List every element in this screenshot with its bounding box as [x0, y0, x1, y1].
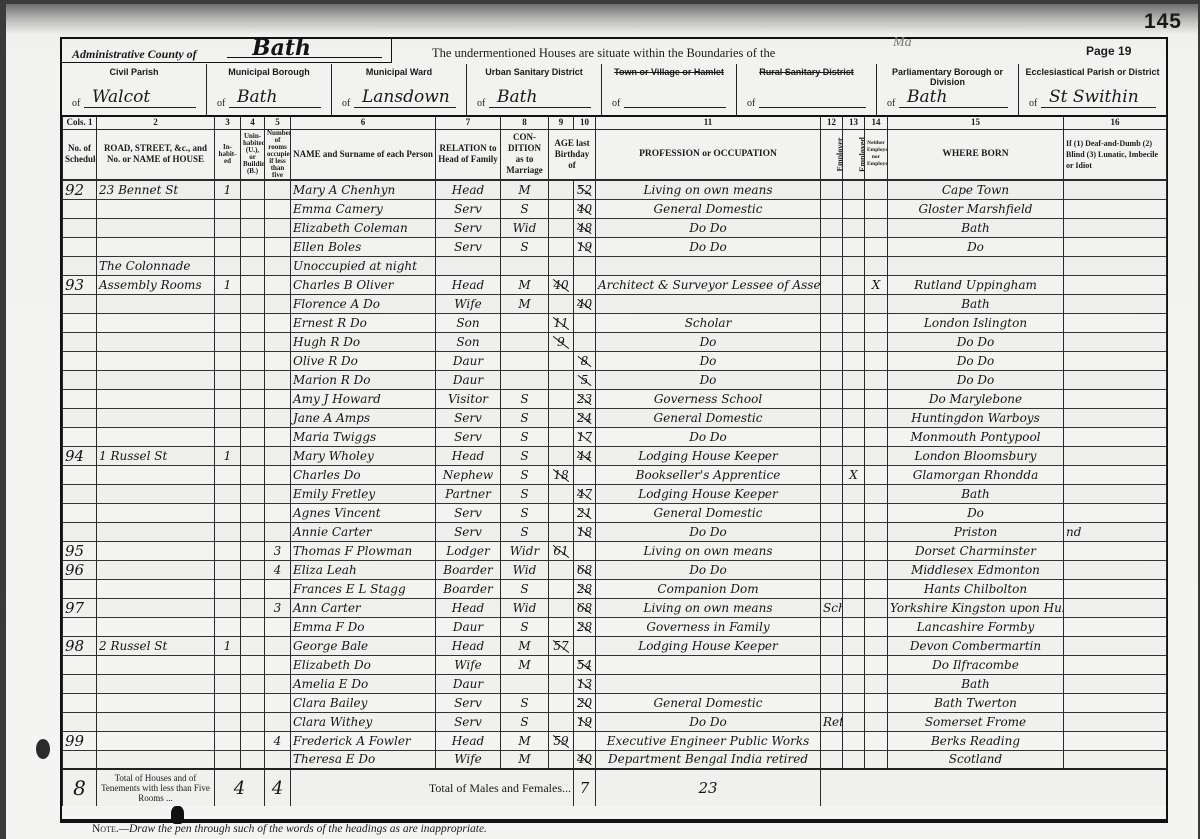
rooms — [265, 465, 291, 484]
table-row: Frances E L StaggBoarderS28Companion Dom… — [63, 579, 1167, 598]
rooms — [265, 332, 291, 351]
district-municipal-borough: Municipal BoroughofBath — [207, 64, 332, 115]
schedule-number — [63, 408, 97, 427]
male-age — [549, 693, 574, 712]
table-row: Charles DoNephewS18Bookseller's Apprenti… — [63, 465, 1167, 484]
schedule-number — [63, 655, 97, 674]
where-born: Do Do — [888, 332, 1064, 351]
where-born: Do Do — [888, 351, 1064, 370]
admin-county-label: Administrative County of — [72, 47, 197, 61]
column-number: 14 — [865, 116, 888, 129]
district-label: Municipal Borough — [207, 67, 331, 77]
where-born: Yorkshire Kingston upon Hull — [888, 598, 1064, 617]
folio-number: 145 — [1144, 10, 1182, 34]
employed — [843, 351, 865, 370]
employed — [843, 370, 865, 389]
male-age — [549, 351, 574, 370]
infirmity — [1064, 427, 1167, 446]
neither — [865, 655, 888, 674]
relation — [436, 256, 501, 275]
infirmity — [1064, 218, 1167, 237]
column-number: 10 — [574, 116, 596, 129]
uninhabited — [241, 351, 265, 370]
employer — [821, 180, 843, 200]
where-born: Lancashire Formby — [888, 617, 1064, 636]
uninhabited — [241, 693, 265, 712]
inhabited — [215, 256, 241, 275]
male-age — [549, 256, 574, 275]
person-name: Elizabeth Coleman — [291, 218, 436, 237]
punch-hole — [36, 739, 50, 759]
inhabited: 1 — [215, 275, 241, 294]
road-address — [97, 560, 215, 579]
employed — [843, 750, 865, 769]
where-born: Bath Twerton — [888, 693, 1064, 712]
employed — [843, 712, 865, 731]
header-employer: Employer — [821, 129, 843, 180]
male-age — [549, 655, 574, 674]
person-name: Ann Carter — [291, 598, 436, 617]
person-name: Florence A Do — [291, 294, 436, 313]
employer — [821, 446, 843, 465]
road-address — [97, 237, 215, 256]
uninhabited — [241, 750, 265, 769]
relation: Wife — [436, 294, 501, 313]
employed — [843, 655, 865, 674]
relation: Serv — [436, 693, 501, 712]
rooms — [265, 636, 291, 655]
relation: Boarder — [436, 560, 501, 579]
district-label: Municipal Ward — [332, 67, 466, 77]
boundaries-heading: The undermentioned Houses are situate wi… — [432, 46, 775, 61]
condition: S — [501, 199, 549, 218]
female-age: 23 — [574, 389, 596, 408]
occupation: Scholar — [596, 313, 821, 332]
neither — [865, 560, 888, 579]
road-address — [97, 313, 215, 332]
male-age: 57 — [549, 636, 574, 655]
neither — [865, 313, 888, 332]
header-employed: Employed — [843, 129, 865, 180]
page-shadow — [6, 4, 1198, 34]
infirmity — [1064, 351, 1167, 370]
infirmity — [1064, 180, 1167, 200]
neither — [865, 503, 888, 522]
person-name: Mary Wholey — [291, 446, 436, 465]
occupation: Do — [596, 351, 821, 370]
table-row: Olive R DoDaur8DoDo Do — [63, 351, 1167, 370]
employer — [821, 370, 843, 389]
district-value: Bath — [237, 87, 277, 107]
infirmity — [1064, 332, 1167, 351]
occupation: Companion Dom — [596, 579, 821, 598]
neither — [865, 237, 888, 256]
female-age — [574, 731, 596, 750]
condition: S — [501, 617, 549, 636]
condition: M — [501, 750, 549, 769]
relation: Visitor — [436, 389, 501, 408]
employer — [821, 332, 843, 351]
occupation: General Domestic — [596, 408, 821, 427]
where-born: Somerset Frome — [888, 712, 1064, 731]
schedule-number — [63, 389, 97, 408]
uninhabited — [241, 598, 265, 617]
person-name: Emily Fretley — [291, 484, 436, 503]
infirmity — [1064, 370, 1167, 389]
condition: S — [501, 237, 549, 256]
female-age: 17 — [574, 427, 596, 446]
inhabited — [215, 389, 241, 408]
person-name: Charles B Oliver — [291, 275, 436, 294]
rooms — [265, 617, 291, 636]
schedule-number — [63, 484, 97, 503]
column-number: 11 — [596, 116, 821, 129]
table-row: Maria TwiggsServS17Do DoMonmouth Pontypo… — [63, 427, 1167, 446]
employed — [843, 427, 865, 446]
table-row: Hugh R DoSon9DoDo Do — [63, 332, 1167, 351]
column-number: 2 — [97, 116, 215, 129]
male-age — [549, 750, 574, 769]
totals-row: 8 Total of Houses and of Tenements with … — [63, 769, 1167, 806]
inhabited — [215, 731, 241, 750]
header-condition: CON-DITION as to Marriage — [501, 129, 549, 180]
employer — [821, 427, 843, 446]
relation: Son — [436, 313, 501, 332]
female-age — [574, 332, 596, 351]
employed — [843, 484, 865, 503]
employer — [821, 218, 843, 237]
total-males: 7 — [574, 769, 596, 806]
inhabited — [215, 655, 241, 674]
female-age: 20 — [574, 693, 596, 712]
female-age: 28 — [574, 579, 596, 598]
employer — [821, 731, 843, 750]
person-name: Marion R Do — [291, 370, 436, 389]
employer — [821, 199, 843, 218]
inhabited — [215, 579, 241, 598]
column-number: 6 — [291, 116, 436, 129]
employer — [821, 579, 843, 598]
person-name: Theresa E Do — [291, 750, 436, 769]
where-born: Devon Combermartin — [888, 636, 1064, 655]
rooms: 3 — [265, 541, 291, 560]
rooms — [265, 655, 291, 674]
table-row: Jane A AmpsServS24General DomesticHuntin… — [63, 408, 1167, 427]
inhabited — [215, 503, 241, 522]
header-where-born: WHERE BORN — [888, 129, 1064, 180]
inhabited: 1 — [215, 446, 241, 465]
neither — [865, 408, 888, 427]
occupation: Governess School — [596, 389, 821, 408]
male-age — [549, 522, 574, 541]
person-name: Mary A Chenhyn — [291, 180, 436, 200]
inhabited — [215, 465, 241, 484]
infirmity — [1064, 294, 1167, 313]
of-prefix: of — [217, 98, 225, 109]
employer — [821, 294, 843, 313]
table-row: 973Ann CarterHeadWid68Living on own mean… — [63, 598, 1167, 617]
infirmity: nd — [1064, 522, 1167, 541]
condition: Wid — [501, 218, 549, 237]
relation: Serv — [436, 712, 501, 731]
female-age: 68 — [574, 598, 596, 617]
employer — [821, 256, 843, 275]
person-name: Eliza Leah — [291, 560, 436, 579]
infirmity — [1064, 484, 1167, 503]
table-row: Clara BaileyServS20General DomesticBath … — [63, 693, 1167, 712]
neither — [865, 389, 888, 408]
column-number: Cols. 1 — [63, 116, 97, 129]
male-age — [549, 218, 574, 237]
occupation: General Domestic — [596, 199, 821, 218]
table-row: Annie CarterServS18Do DoPristonnd — [63, 522, 1167, 541]
person-name: Agnes Vincent — [291, 503, 436, 522]
where-born: Do Marylebone — [888, 389, 1064, 408]
footnote: Note.—Draw the pen through such of the w… — [92, 823, 487, 835]
infirmity — [1064, 408, 1167, 427]
rooms — [265, 237, 291, 256]
rooms — [265, 446, 291, 465]
district-label: Ecclesiastical Parish or District — [1019, 67, 1166, 77]
person-name: Ellen Boles — [291, 237, 436, 256]
road-address — [97, 674, 215, 693]
table-row: Agnes VincentServS21General DomesticDo — [63, 503, 1167, 522]
rooms — [265, 256, 291, 275]
where-born: Do — [888, 503, 1064, 522]
male-age — [549, 674, 574, 693]
employer — [821, 750, 843, 769]
relation: Serv — [436, 522, 501, 541]
relation: Serv — [436, 408, 501, 427]
table-row: 994Frederick A FowlerHeadM59Executive En… — [63, 731, 1167, 750]
occupation — [596, 294, 821, 313]
relation: Serv — [436, 218, 501, 237]
rooms — [265, 522, 291, 541]
employed — [843, 408, 865, 427]
condition: S — [501, 446, 549, 465]
neither — [865, 351, 888, 370]
male-age: 18 — [549, 465, 574, 484]
person-name: Unoccupied at night — [291, 256, 436, 275]
employed — [843, 560, 865, 579]
where-born: Gloster Marshfield — [888, 199, 1064, 218]
district-parliamentary-borough-or-division: Parliamentary Borough or DivisionofBath — [877, 64, 1019, 115]
table-row: Emma CameryServS40General DomesticGloste… — [63, 199, 1167, 218]
district-label: Town or Village or Hamlet — [602, 67, 736, 77]
inhabited — [215, 199, 241, 218]
infirmity — [1064, 503, 1167, 522]
person-name: Frances E L Stagg — [291, 579, 436, 598]
neither — [865, 617, 888, 636]
condition — [501, 256, 549, 275]
person-name: Jane A Amps — [291, 408, 436, 427]
total-inhabited: 4 — [215, 769, 265, 806]
relation: Head — [436, 275, 501, 294]
occupation: General Domestic — [596, 503, 821, 522]
neither — [865, 731, 888, 750]
header-relation: RELATION to Head of Family — [436, 129, 501, 180]
uninhabited — [241, 636, 265, 655]
road-address: 23 Bennet St — [97, 180, 215, 200]
column-number: 12 — [821, 116, 843, 129]
person-name: Charles Do — [291, 465, 436, 484]
uninhabited — [241, 237, 265, 256]
employer — [821, 655, 843, 674]
district-value: Bath — [907, 87, 947, 107]
column-number: 16 — [1064, 116, 1167, 129]
neither — [865, 465, 888, 484]
female-age: 24 — [574, 408, 596, 427]
neither — [865, 446, 888, 465]
male-age — [549, 579, 574, 598]
schedule-number: 96 — [63, 560, 97, 579]
employer — [821, 465, 843, 484]
occupation — [596, 674, 821, 693]
female-age: 40 — [574, 294, 596, 313]
inhabited — [215, 560, 241, 579]
occupation: Lodging House Keeper — [596, 636, 821, 655]
employed — [843, 256, 865, 275]
infirmity — [1064, 389, 1167, 408]
district-label: Rural Sanitary District — [737, 67, 876, 77]
neither — [865, 598, 888, 617]
uninhabited — [241, 446, 265, 465]
where-born: Bath — [888, 218, 1064, 237]
inhabited — [215, 237, 241, 256]
employed — [843, 294, 865, 313]
condition: S — [501, 408, 549, 427]
female-age: 21 — [574, 503, 596, 522]
person-name: Clara Bailey — [291, 693, 436, 712]
female-age: 54 — [574, 655, 596, 674]
rooms: 4 — [265, 731, 291, 750]
table-row: The ColonnadeUnoccupied at night — [63, 256, 1167, 275]
page-label: Page 19 — [1086, 44, 1131, 58]
infirmity — [1064, 579, 1167, 598]
schedule-number — [63, 370, 97, 389]
district-value: Walcot — [92, 87, 150, 107]
employed — [843, 199, 865, 218]
inhabited: 1 — [215, 180, 241, 200]
infirmity — [1064, 750, 1167, 769]
occupation: Do Do — [596, 560, 821, 579]
occupation: Architect & Surveyor Lessee of Assembly … — [596, 275, 821, 294]
relation: Wife — [436, 750, 501, 769]
person-name: Frederick A Fowler — [291, 731, 436, 750]
female-age: 19 — [574, 237, 596, 256]
where-born: Bath — [888, 294, 1064, 313]
uninhabited — [241, 294, 265, 313]
female-age: 68 — [574, 560, 596, 579]
road-address — [97, 522, 215, 541]
female-age — [574, 541, 596, 560]
female-age: 40 — [574, 750, 596, 769]
schedule-number — [63, 351, 97, 370]
schedule-number — [63, 617, 97, 636]
road-address — [97, 731, 215, 750]
road-address — [97, 693, 215, 712]
column-number: 15 — [888, 116, 1064, 129]
uninhabited — [241, 674, 265, 693]
neither — [865, 674, 888, 693]
neither — [865, 693, 888, 712]
where-born: Scotland — [888, 750, 1064, 769]
employer — [821, 275, 843, 294]
female-age — [574, 256, 596, 275]
district-civil-parish: Civil ParishofWalcot — [62, 64, 207, 115]
condition — [501, 313, 549, 332]
road-address — [97, 465, 215, 484]
employer — [821, 389, 843, 408]
of-prefix: of — [887, 98, 895, 109]
relation: Head — [436, 731, 501, 750]
rooms — [265, 427, 291, 446]
neither — [865, 370, 888, 389]
condition — [501, 332, 549, 351]
relation: Head — [436, 180, 501, 200]
road-address — [97, 427, 215, 446]
road-address — [97, 389, 215, 408]
male-age: 59 — [549, 731, 574, 750]
schedule-number — [63, 712, 97, 731]
stamp-mark: Ma — [893, 35, 912, 51]
census-table: Cols. 12345678910111213141516 No. of Sch… — [62, 116, 1167, 806]
column-number: 5 — [265, 116, 291, 129]
column-number: 3 — [215, 116, 241, 129]
district-rural-sanitary-district: Rural Sanitary Districtof — [737, 64, 877, 115]
inhabited — [215, 617, 241, 636]
male-age — [549, 294, 574, 313]
where-born: Glamorgan Rhondda — [888, 465, 1064, 484]
occupation: Do Do — [596, 237, 821, 256]
road-address — [97, 332, 215, 351]
rooms — [265, 389, 291, 408]
where-born: London Bloomsbury — [888, 446, 1064, 465]
person-name: Thomas F Plowman — [291, 541, 436, 560]
rooms — [265, 199, 291, 218]
road-address — [97, 484, 215, 503]
employer — [821, 674, 843, 693]
employer: School — [821, 598, 843, 617]
uninhabited — [241, 579, 265, 598]
condition: M — [501, 294, 549, 313]
uninhabited — [241, 389, 265, 408]
rooms — [265, 579, 291, 598]
employer — [821, 351, 843, 370]
infirmity — [1064, 275, 1167, 294]
occupation: Lodging House Keeper — [596, 484, 821, 503]
condition: Wid — [501, 560, 549, 579]
occupation: Governess in Family — [596, 617, 821, 636]
infirmity — [1064, 674, 1167, 693]
rooms: 4 — [265, 560, 291, 579]
district-value: Bath — [497, 87, 537, 107]
employed — [843, 541, 865, 560]
male-age — [549, 180, 574, 200]
district-value: St Swithin — [1049, 87, 1139, 107]
inhabited — [215, 313, 241, 332]
road-address — [97, 199, 215, 218]
neither — [865, 180, 888, 200]
where-born: Berks Reading — [888, 731, 1064, 750]
employed — [843, 598, 865, 617]
schedule-number — [63, 237, 97, 256]
condition: M — [501, 731, 549, 750]
condition: S — [501, 503, 549, 522]
district-ecclesiastical-parish-or-district: Ecclesiastical Parish or DistrictofSt Sw… — [1019, 64, 1166, 115]
male-age — [549, 446, 574, 465]
person-name: Hugh R Do — [291, 332, 436, 351]
